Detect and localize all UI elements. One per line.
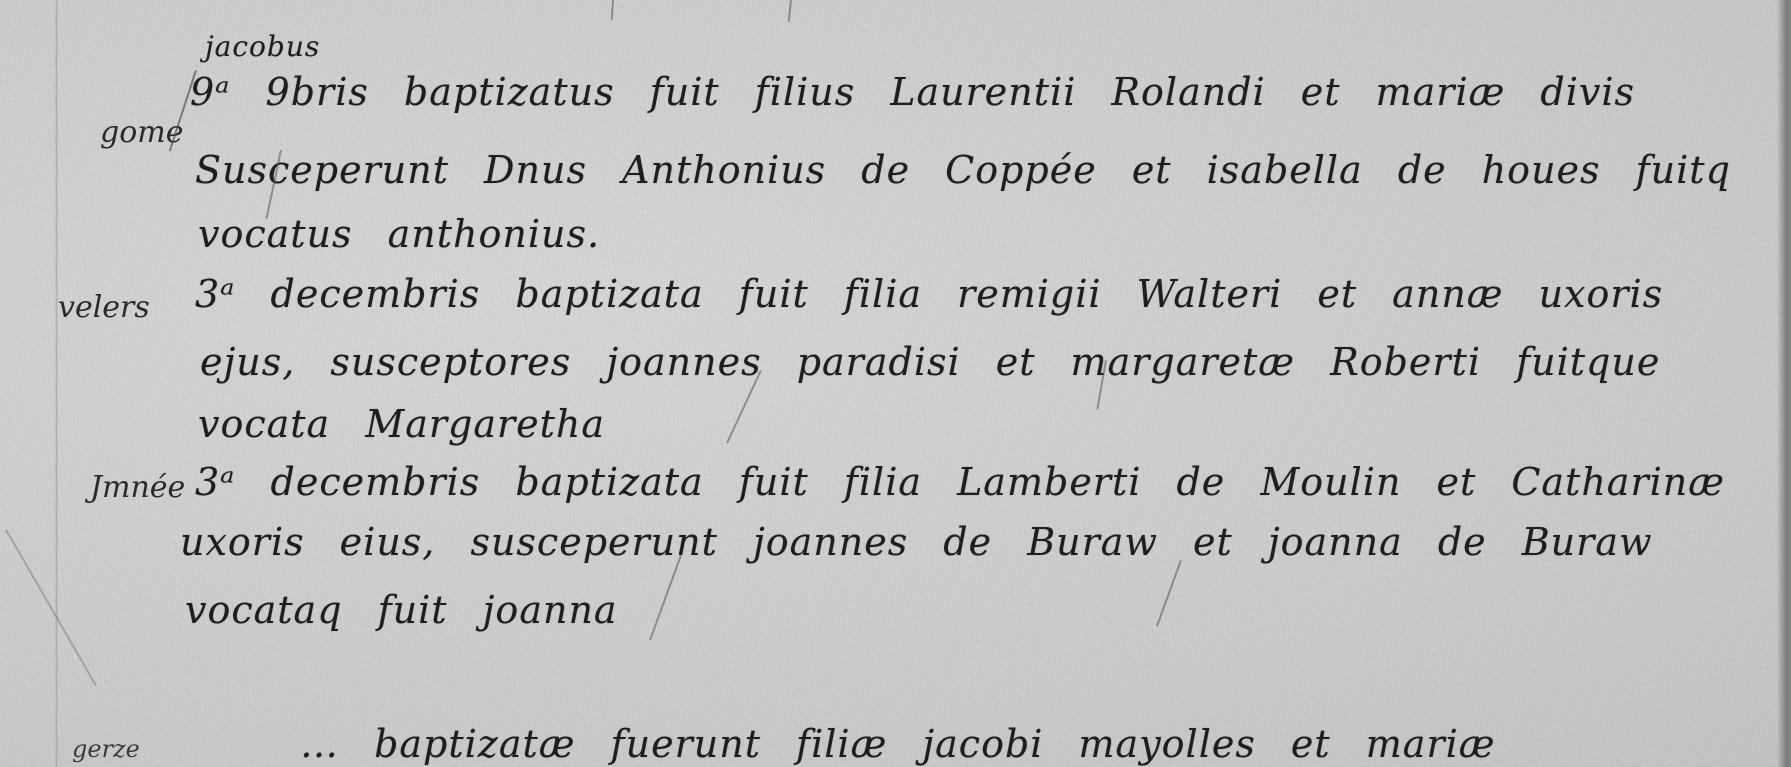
- margin-name-entry-3: Jmnée: [90, 470, 185, 505]
- pencil-stroke: [5, 529, 97, 686]
- entry-4-line-1: … baptizatæ fuerunt filiæ jacobi mayolle…: [300, 722, 1496, 766]
- ink-stroke: [788, 0, 792, 22]
- entry-3-line-2: uxoris eius, susceperunt joannes de Bura…: [180, 520, 1653, 564]
- margin-name-entry-2: velers: [58, 290, 150, 325]
- ink-stroke: [1156, 560, 1182, 626]
- margin-name-entry-4: gerze: [72, 735, 140, 763]
- entry-2-line-1: 3ᵃ decembris baptizata fuit filia remigi…: [195, 272, 1663, 316]
- interlinear-name-entry-1: jacobus: [205, 30, 320, 63]
- entry-3-line-1: 3ᵃ decembris baptizata fuit filia Lamber…: [195, 460, 1725, 504]
- manuscript-page: gome jacobus 9ᵃ 9bris baptizatus fuit fi…: [0, 0, 1791, 767]
- ink-stroke: [611, 0, 614, 20]
- page-edge-shadow: [1777, 0, 1791, 767]
- margin-rule-line: [55, 0, 58, 767]
- entry-3-line-3: vocataq fuit joanna: [185, 588, 618, 632]
- entry-1-line-3: vocatus anthonius.: [198, 212, 600, 256]
- entry-2-line-2: ejus, susceptores joannes paradisi et ma…: [200, 340, 1660, 384]
- entry-1-line-1: 9ᵃ 9bris baptizatus fuit filius Laurenti…: [190, 70, 1635, 114]
- entry-2-line-3: vocata Margaretha: [198, 402, 605, 446]
- ink-stroke: [649, 555, 682, 640]
- entry-1-line-2: Susceperunt Dnus Anthonius de Coppée et …: [195, 148, 1731, 192]
